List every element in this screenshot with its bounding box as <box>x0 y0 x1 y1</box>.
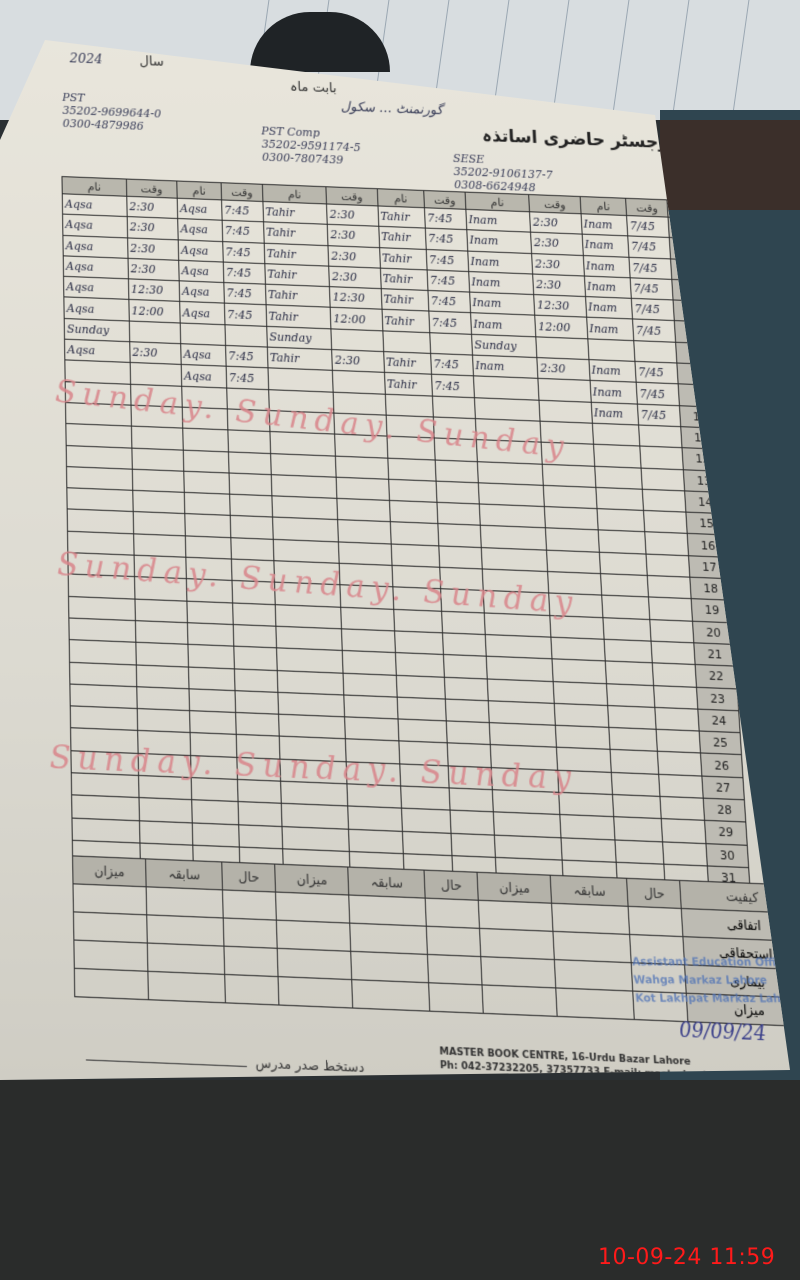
empty-cell <box>651 641 695 665</box>
cell-tahir-in-t: 2:30 <box>332 350 384 373</box>
empty-cell <box>336 456 388 479</box>
cell-inam-out: Inam <box>581 214 628 236</box>
cell-aqsa-in-t: 7:45 <box>222 221 264 243</box>
teacher-info-1: PST 35202-9699644-0 0300-4879986 <box>62 91 161 134</box>
cell-tahir-in-t: 2:30 <box>329 266 381 289</box>
empty-cell <box>239 824 283 848</box>
summary-cell <box>74 940 148 971</box>
cell-aqsa-out: Aqsa <box>63 214 128 237</box>
cell-inam-out-t <box>634 340 677 363</box>
cell-inam-out: Inam <box>591 402 639 425</box>
cell-aqsa-in <box>180 323 225 346</box>
empty-cell <box>135 599 188 623</box>
empty-cell <box>552 659 606 683</box>
empty-cell <box>390 522 439 546</box>
cell-tahir-out: Tahir <box>380 268 428 291</box>
day-number: 25 <box>699 731 741 755</box>
empty-cell <box>437 502 480 525</box>
empty-cell <box>132 448 184 471</box>
empty-cell <box>273 539 340 563</box>
cell-aqsa-in: Aqsa <box>178 219 223 241</box>
cell-tahir-in-t: 12:00 <box>331 308 383 331</box>
empty-cell <box>443 655 486 679</box>
empty-cell <box>183 428 229 451</box>
empty-cell <box>136 687 189 711</box>
camera-timestamp: 10-09-24 11:59 <box>598 1245 775 1270</box>
empty-cell <box>546 528 599 552</box>
cell-aqsa-out-t <box>129 321 181 344</box>
cell-tahir-in-t <box>331 329 383 352</box>
cell-inam-out-t: 7/45 <box>629 257 672 279</box>
cell-inam-in: Inam <box>467 251 533 274</box>
empty-cell <box>396 675 445 699</box>
empty-cell <box>133 512 185 536</box>
empty-cell <box>185 514 231 537</box>
empty-cell <box>614 840 664 865</box>
cell-aqsa-in: Aqsa <box>177 198 222 220</box>
day-number: 26 <box>700 753 742 777</box>
empty-cell <box>389 501 438 524</box>
empty-cell <box>555 703 609 727</box>
cell-aqsa-out-t: 2:30 <box>127 217 178 240</box>
empty-cell <box>235 690 278 714</box>
empty-cell <box>233 603 276 627</box>
empty-cell <box>339 542 392 566</box>
empty-cell <box>183 450 229 473</box>
empty-cell <box>595 487 643 510</box>
summary-cell <box>480 928 555 959</box>
summary-header: میزان <box>275 864 349 895</box>
empty-cell <box>594 466 642 489</box>
empty-cell <box>600 574 649 598</box>
empty-cell <box>66 445 132 469</box>
empty-cell <box>229 473 272 496</box>
cell-aqsa-out-t: 12:30 <box>128 279 179 302</box>
empty-cell <box>660 796 704 820</box>
summary-cell <box>277 948 352 979</box>
cell-aqsa-out: Aqsa <box>63 235 128 258</box>
empty-cell <box>69 640 136 665</box>
empty-cell <box>188 645 235 669</box>
empty-cell <box>230 516 273 539</box>
day-number: 29 <box>705 821 748 845</box>
empty-cell <box>593 444 641 467</box>
empty-cell <box>387 458 436 481</box>
summary-header: سابقہ <box>348 867 426 898</box>
empty-cell <box>648 576 692 599</box>
background-wood-edge <box>660 120 800 210</box>
empty-cell <box>342 629 395 653</box>
empty-cell <box>655 707 699 731</box>
empty-cell <box>654 685 698 709</box>
empty-cell <box>70 662 137 687</box>
empty-cell <box>228 430 270 453</box>
cell-tahir-out <box>382 331 430 354</box>
empty-cell <box>645 532 688 555</box>
summary-header: میزان <box>477 872 552 903</box>
empty-cell <box>139 798 192 823</box>
cell-tahir-in <box>268 368 334 392</box>
cell-tahir-in-t: 2:30 <box>327 204 379 227</box>
summary-cell <box>556 988 635 1020</box>
cell-tahir-in-t: 2:30 <box>328 245 380 268</box>
cell-inam-out: Inam <box>583 255 631 278</box>
empty-cell <box>545 507 598 531</box>
empty-cell <box>643 489 686 512</box>
cell-tahir-in-t: 12:30 <box>330 287 382 310</box>
summary-cell <box>224 946 278 976</box>
empty-cell <box>69 618 136 643</box>
register-title: رجسٹر حاضری اساتذہ <box>482 125 669 153</box>
empty-cell <box>192 822 239 846</box>
empty-cell <box>72 795 140 820</box>
summary-cell <box>629 906 683 936</box>
summary-cell <box>428 954 482 984</box>
cell-tahir-in: Tahir <box>264 264 329 287</box>
cell-aqsa-out-t: 2:30 <box>129 342 181 365</box>
summary-cell <box>429 983 483 1014</box>
empty-cell <box>137 709 190 733</box>
empty-cell <box>345 717 399 741</box>
empty-cell <box>444 677 488 701</box>
empty-cell <box>278 714 346 739</box>
empty-cell <box>480 526 547 550</box>
cell-inam-in-t: 2:30 <box>532 253 584 276</box>
empty-cell <box>139 820 193 845</box>
principal-signature: دستخط صدر مدرس <box>86 1048 365 1075</box>
teacher-info-2: PST Comp 35202-9591174-5 0300-7807439 <box>261 124 361 167</box>
empty-cell <box>551 637 605 661</box>
cell-aqsa-in: Aqsa <box>181 365 227 388</box>
cell-aqsa-in-t <box>225 325 267 348</box>
cell-aqsa-out: Aqsa <box>64 297 129 320</box>
empty-cell <box>277 670 344 695</box>
cell-aqsa-out-t: 12:00 <box>129 300 181 323</box>
empty-cell <box>451 833 495 857</box>
cell-aqsa-in-t: 7:45 <box>224 304 266 327</box>
cell-aqsa-out: Aqsa <box>65 339 130 363</box>
empty-cell <box>489 723 557 748</box>
cell-aqsa-in-t: 7:45 <box>224 283 266 305</box>
summary-cell <box>74 968 148 999</box>
summary-cell <box>147 915 224 946</box>
cell-tahir-out-t: 7:45 <box>426 249 468 271</box>
empty-cell <box>188 667 235 691</box>
empty-cell <box>561 837 615 862</box>
summary-cell <box>276 920 351 951</box>
empty-cell <box>435 460 478 483</box>
empty-cell <box>348 806 402 831</box>
empty-cell <box>338 520 391 544</box>
cell-tahir-in: Tahir <box>263 201 328 224</box>
day-number: 23 <box>696 687 738 711</box>
empty-cell <box>446 721 490 745</box>
summary-cell <box>427 926 481 956</box>
cell-tahir-out-t: 7:45 <box>431 353 473 376</box>
empty-cell <box>192 800 239 824</box>
empty-cell <box>278 692 345 717</box>
cell-inam-in: Inam <box>470 313 536 336</box>
summary-header: سابقہ <box>551 875 629 906</box>
empty-cell <box>478 483 545 507</box>
summary-cell <box>426 898 480 928</box>
empty-cell <box>66 466 132 490</box>
summary-header: حال <box>222 862 275 892</box>
empty-cell <box>494 835 562 860</box>
cell-inam-in-t: 2:30 <box>531 232 583 255</box>
cell-inam-in <box>474 397 540 421</box>
cell-aqsa-in: Aqsa <box>181 344 227 367</box>
cell-inam-out: Inam <box>586 318 634 341</box>
empty-cell <box>553 681 607 705</box>
cell-inam-in: Inam <box>466 230 531 253</box>
empty-cell <box>607 705 656 729</box>
cell-inam-out-t: 7/45 <box>636 383 679 406</box>
cell-tahir-out-t: 7:45 <box>424 208 466 230</box>
empty-cell <box>230 494 273 517</box>
cell-inam-in-t: 12:30 <box>534 295 586 318</box>
cell-inam-out: Inam <box>584 276 632 299</box>
empty-cell <box>556 725 610 749</box>
cell-aqsa-in: Aqsa <box>179 281 224 304</box>
empty-cell <box>401 808 451 832</box>
empty-cell <box>131 426 183 449</box>
empty-cell <box>445 699 489 723</box>
cell-inam-out-t: 7/45 <box>633 319 676 342</box>
cell-inam-out-t: 7/45 <box>628 236 670 258</box>
empty-cell <box>477 461 544 485</box>
empty-cell <box>270 453 336 477</box>
empty-cell <box>276 626 343 651</box>
year-value: 2024 <box>69 51 102 67</box>
school-name: گورنمنٹ ... سکول <box>340 99 443 118</box>
cell-tahir-out: Tahir <box>383 352 431 375</box>
empty-cell <box>135 621 188 645</box>
summary-cell <box>552 903 630 934</box>
empty-cell <box>485 634 552 659</box>
empty-cell <box>236 713 279 737</box>
cell-inam-out: Inam <box>590 381 638 404</box>
cell-tahir-in: Tahir <box>263 222 328 245</box>
day-number: 27 <box>702 776 745 800</box>
summary-header: حال <box>425 870 479 900</box>
empty-cell <box>136 664 189 688</box>
empty-cell <box>481 547 548 571</box>
cell-aqsa-out: Aqsa <box>63 256 128 279</box>
empty-cell <box>394 631 443 655</box>
cell-tahir-in: Tahir <box>267 347 333 371</box>
empty-cell <box>649 597 693 621</box>
cell-tahir-out-t: 7:45 <box>428 291 470 313</box>
summary-cell <box>148 971 226 1003</box>
cell-inam-in: Sunday <box>471 334 537 358</box>
empty-cell <box>592 423 640 446</box>
summary-header: سابقہ <box>146 859 223 890</box>
cell-tahir-in: Tahir <box>264 243 329 266</box>
empty-cell <box>189 689 236 713</box>
cell-aqsa-out-t: 2:30 <box>126 196 177 219</box>
empty-cell <box>662 819 706 843</box>
cell-inam-in-t: 2:30 <box>533 274 585 297</box>
empty-cell <box>560 815 614 840</box>
empty-cell <box>187 601 233 625</box>
empty-cell <box>646 554 690 577</box>
cell-inam-out-t: 7/45 <box>630 278 673 300</box>
day-number: 21 <box>694 643 736 667</box>
empty-cell <box>184 493 230 516</box>
cell-tahir-in-t: 2:30 <box>328 225 380 248</box>
summary-cell <box>146 887 223 918</box>
cell-aqsa-in: Aqsa <box>179 260 224 283</box>
summary-cell <box>351 951 429 982</box>
cell-aqsa-out: Aqsa <box>64 277 129 300</box>
cell-inam-out-t: 7/45 <box>635 361 678 384</box>
empty-cell <box>184 471 230 494</box>
summary-cell <box>553 931 631 962</box>
cell-tahir-out: Tahir <box>384 373 432 396</box>
cell-tahir-out-t: 7:45 <box>425 228 467 250</box>
empty-cell <box>388 479 437 502</box>
empty-cell <box>276 648 343 673</box>
summary-cell <box>349 895 427 926</box>
empty-cell <box>187 623 233 647</box>
summary-cell <box>73 884 147 915</box>
empty-cell <box>391 544 440 568</box>
cell-inam-out: Inam <box>585 297 633 320</box>
empty-cell <box>231 537 274 560</box>
empty-cell <box>271 474 337 498</box>
cell-inam-in: Inam <box>465 209 530 232</box>
empty-cell <box>282 826 350 851</box>
empty-cell <box>639 425 682 448</box>
empty-cell <box>132 490 184 514</box>
cell-tahir-out-t: 7:45 <box>427 270 469 292</box>
cell-tahir-out-t: 7:45 <box>429 312 471 335</box>
day-number: 24 <box>698 709 740 733</box>
day-number: 22 <box>695 665 737 689</box>
cell-inam-in-t: 12:00 <box>535 316 587 339</box>
empty-cell <box>402 831 452 856</box>
summary-cell <box>481 957 556 988</box>
empty-cell <box>547 550 600 574</box>
empty-cell <box>132 469 184 492</box>
empty-cell <box>233 624 276 648</box>
empty-cell <box>650 619 694 643</box>
summary-cell <box>482 985 557 1016</box>
day-number: 28 <box>703 798 746 822</box>
empty-cell <box>442 633 485 657</box>
empty-cell <box>602 617 651 641</box>
empty-cell <box>72 818 140 843</box>
summary-cell <box>276 892 350 923</box>
cell-inam-in-t <box>539 400 592 423</box>
cell-inam-in <box>473 376 539 400</box>
empty-cell <box>66 424 132 448</box>
cell-tahir-out-t: 7:45 <box>432 375 475 398</box>
cell-inam-in-t <box>536 337 588 360</box>
cell-tahir-out-t <box>430 332 472 355</box>
cell-inam-in: Inam <box>472 355 538 379</box>
empty-cell <box>612 794 662 818</box>
empty-cell <box>272 517 339 541</box>
empty-cell <box>69 596 136 620</box>
empty-cell <box>644 511 687 534</box>
empty-cell <box>234 646 277 670</box>
empty-cell <box>640 446 683 469</box>
cell-inam-out-t: 7/45 <box>627 216 669 238</box>
cell-tahir-in: Tahir <box>265 284 330 307</box>
empty-cell <box>487 678 555 703</box>
cell-inam-in: Inam <box>468 271 534 294</box>
empty-cell <box>398 719 448 743</box>
summary-cell <box>225 974 279 1005</box>
cell-inam-in-t: 2:30 <box>530 212 582 235</box>
cell-inam-out: Inam <box>582 234 630 257</box>
cell-tahir-out: Tahir <box>381 289 429 312</box>
summary-header: میزان <box>73 856 147 887</box>
empty-cell <box>349 829 403 854</box>
cell-aqsa-in-t: 7:45 <box>222 200 264 222</box>
empty-cell <box>653 663 697 687</box>
cell-tahir-in-t <box>333 371 385 394</box>
cell-inam-in-t: 2:30 <box>537 358 589 381</box>
empty-cell <box>67 488 133 512</box>
empty-cell <box>597 509 645 532</box>
empty-cell <box>606 683 655 707</box>
officer-stamp: Assistant Education Officer Wahga Markaz… <box>631 954 800 1009</box>
cell-aqsa-out-t: 2:30 <box>127 238 178 261</box>
cell-tahir-in: Tahir <box>266 305 332 328</box>
cell-inam-out: Inam <box>589 360 637 383</box>
empty-cell <box>659 774 703 798</box>
summary-cell <box>278 977 353 1008</box>
empty-cell <box>479 504 546 528</box>
teacher-info-3: SESE 35202-9106137-7 0308-6624948 <box>453 152 554 195</box>
empty-cell <box>228 451 270 474</box>
empty-cell <box>598 530 647 554</box>
cell-tahir-out: Tahir <box>378 206 426 228</box>
cell-aqsa-in-t: 7:45 <box>223 262 265 284</box>
empty-cell <box>543 464 596 487</box>
cell-tahir-out: Tahir <box>382 310 430 333</box>
cell-aqsa-out: Sunday <box>64 318 129 342</box>
empty-cell <box>397 697 447 721</box>
cell-inam-in: Inam <box>469 292 535 315</box>
empty-cell <box>67 509 133 533</box>
month-label: بابت ماہ <box>290 80 337 97</box>
cell-tahir-out: Tahir <box>378 227 426 250</box>
empty-cell <box>238 802 282 826</box>
cell-aqsa-out: Aqsa <box>62 194 127 217</box>
empty-cell <box>189 711 236 735</box>
empty-cell <box>493 812 561 837</box>
cell-aqsa-in: Aqsa <box>180 302 225 325</box>
empty-cell <box>599 552 648 576</box>
empty-cell <box>281 804 349 829</box>
empty-cell <box>658 752 702 776</box>
cell-aqsa-out-t: 2:30 <box>128 258 179 281</box>
summary-cell <box>223 890 276 920</box>
empty-cell <box>344 695 397 719</box>
cell-inam-out <box>587 339 635 362</box>
empty-cell <box>337 499 390 523</box>
summary-header: حال <box>627 878 681 908</box>
empty-cell <box>601 595 650 619</box>
empty-cell <box>395 653 444 677</box>
cell-tahir-out: Tahir <box>379 247 427 270</box>
summary-cell <box>224 918 278 948</box>
empty-cell <box>488 701 556 726</box>
